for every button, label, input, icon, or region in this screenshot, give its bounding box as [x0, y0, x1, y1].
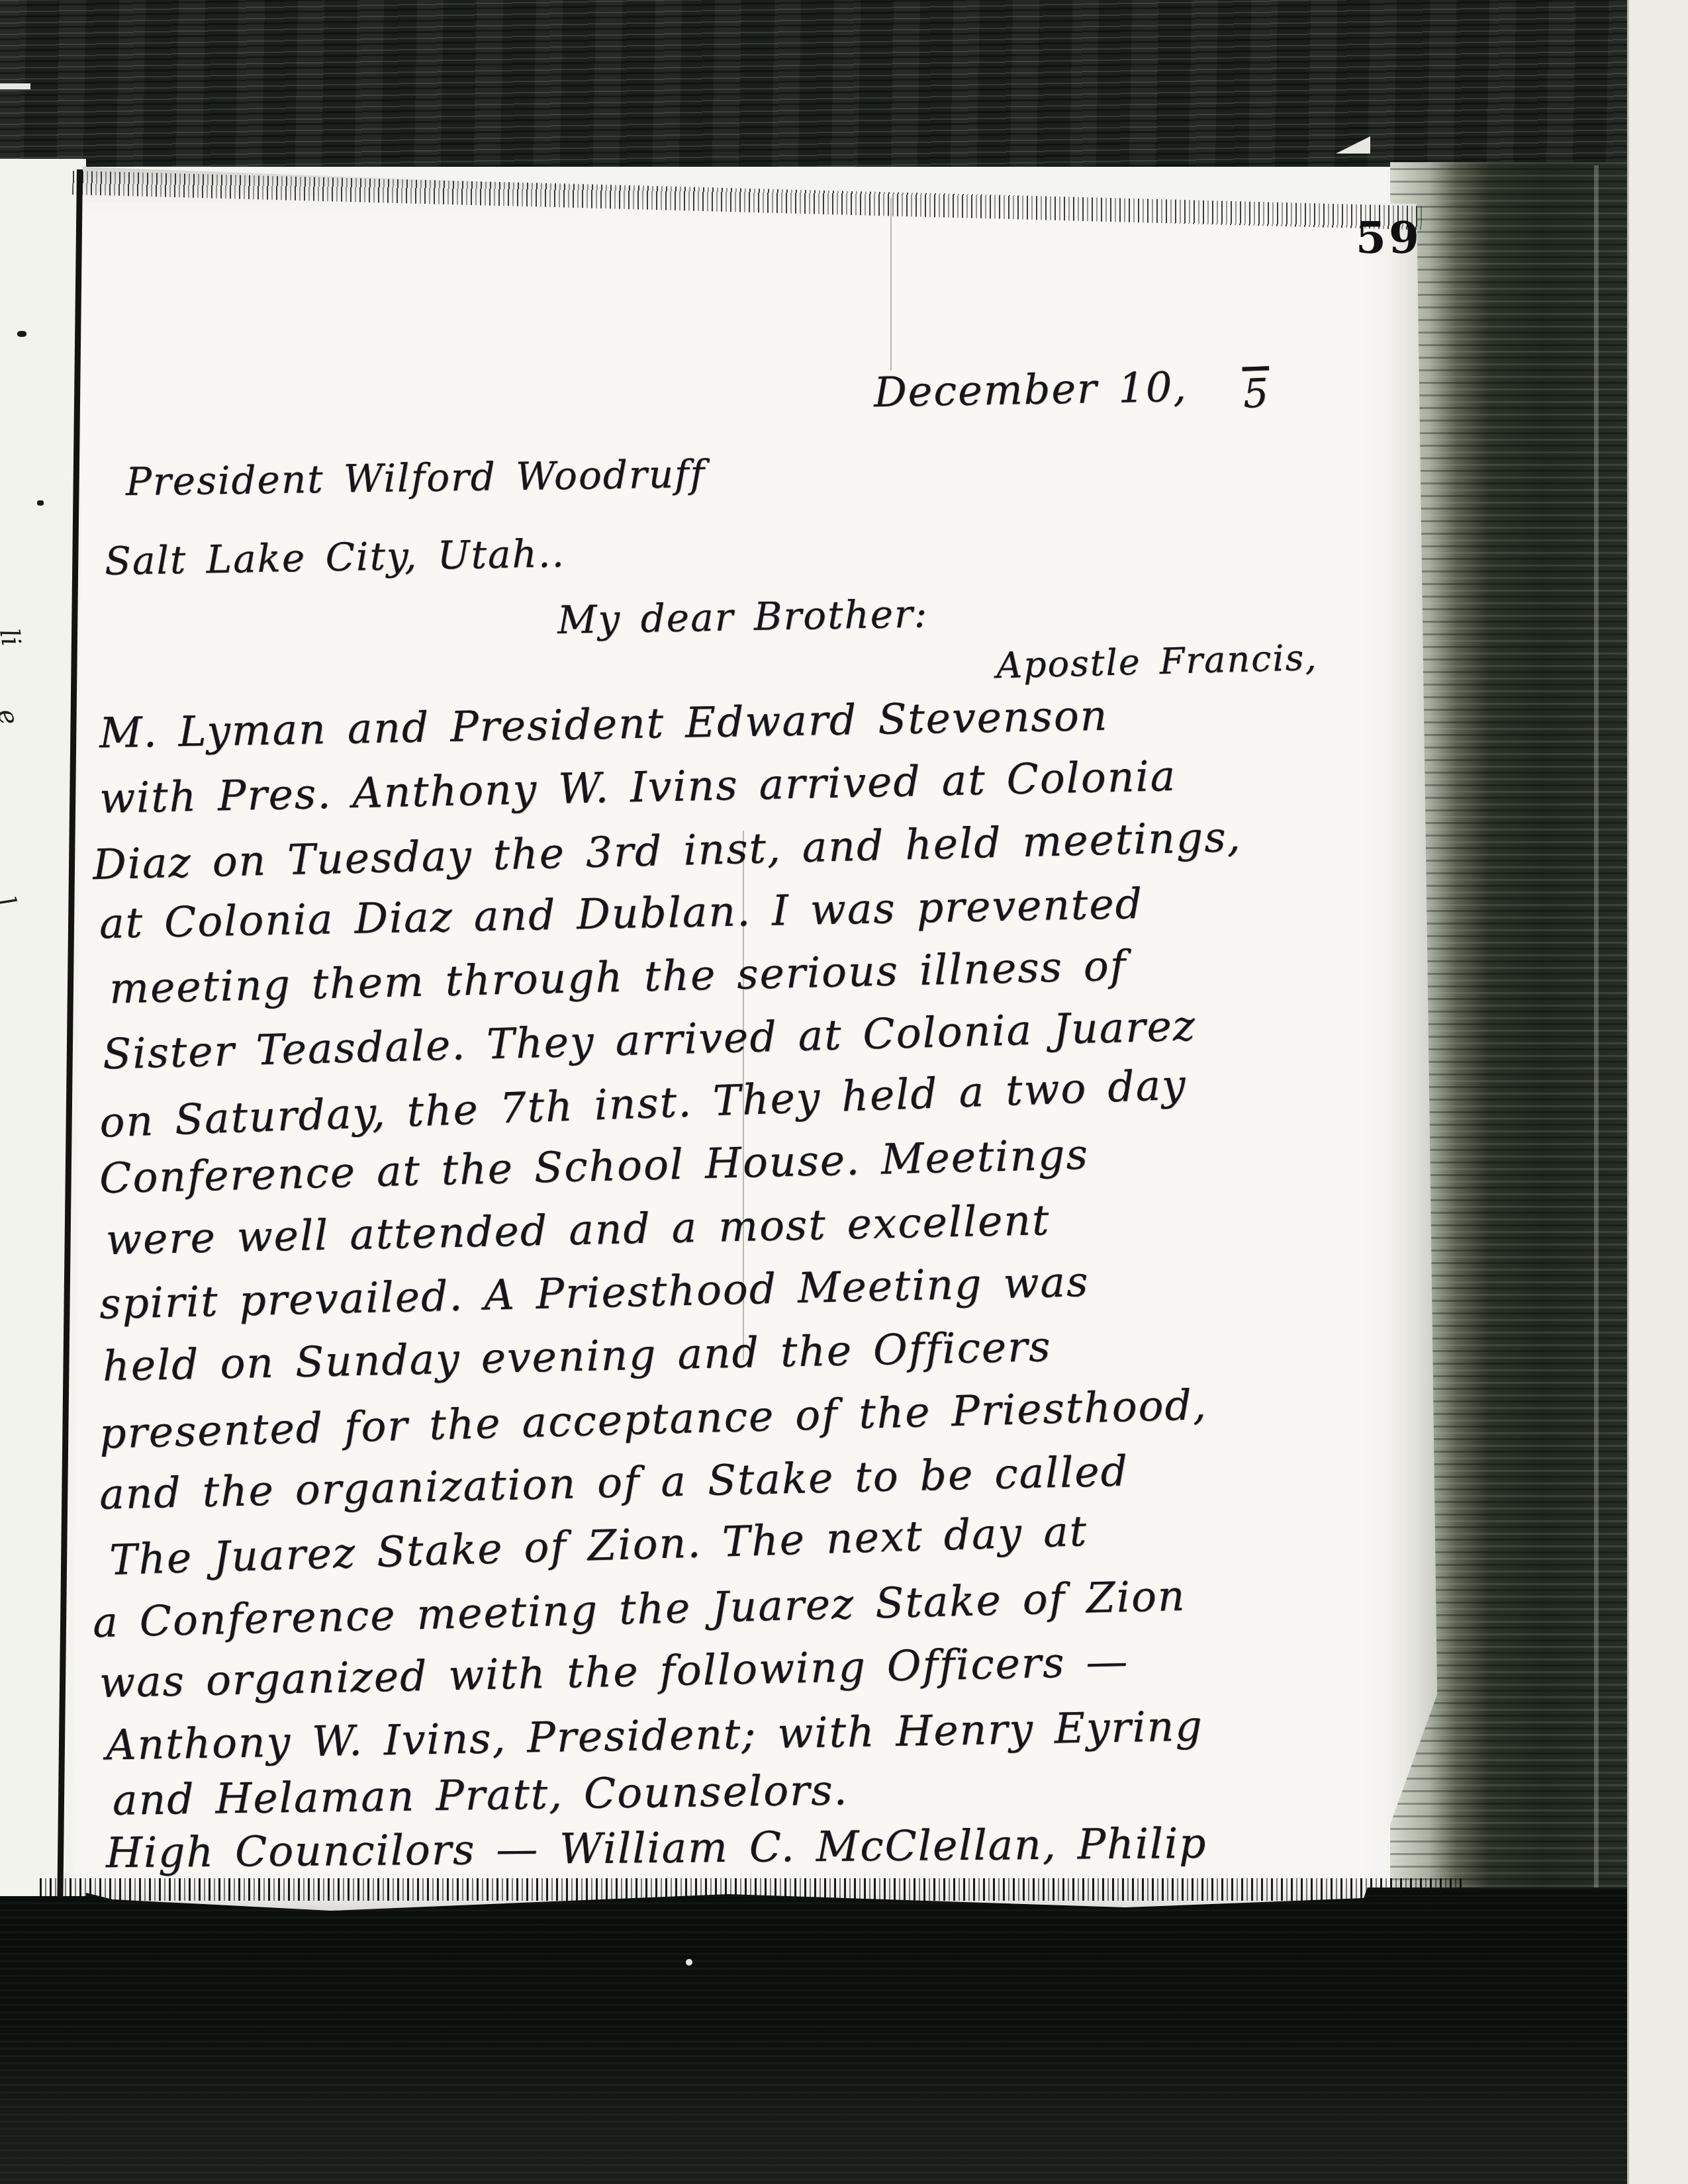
- scan-streak-line: [1594, 165, 1599, 1906]
- ink-speck: [37, 500, 44, 506]
- letter-line: and Helaman Pratt, Counselors.: [113, 1766, 849, 1825]
- letter-date-year: 5: [1243, 370, 1271, 417]
- scanned-letter-page: li e l 59 December 10, 5 President Wilfo…: [0, 0, 1688, 2184]
- letter-date: December 10,: [873, 363, 1188, 416]
- margin-annotation: Apostle Francis,: [996, 637, 1318, 687]
- page-number: 59: [1356, 212, 1422, 263]
- page-bottom-ragged-edge: [40, 1878, 1463, 1901]
- recipient-name: President Wilford Woodruff: [126, 451, 706, 504]
- letter-line: High Councilors — William C. McClellan, …: [106, 1819, 1207, 1878]
- film-edge-strip-right: [1627, 0, 1688, 2184]
- page-crease: [890, 199, 892, 371]
- film-scratch: [686, 1959, 692, 1966]
- film-scratch: [0, 83, 30, 89]
- scan-border-top: [0, 0, 1627, 167]
- salutation: My dear Brother:: [557, 591, 928, 643]
- scan-border-bottom: [0, 1888, 1627, 2184]
- ink-speck: [17, 331, 26, 337]
- adjacent-page-edge: [0, 159, 86, 1896]
- recipient-address: Salt Lake City, Utah..: [104, 531, 565, 584]
